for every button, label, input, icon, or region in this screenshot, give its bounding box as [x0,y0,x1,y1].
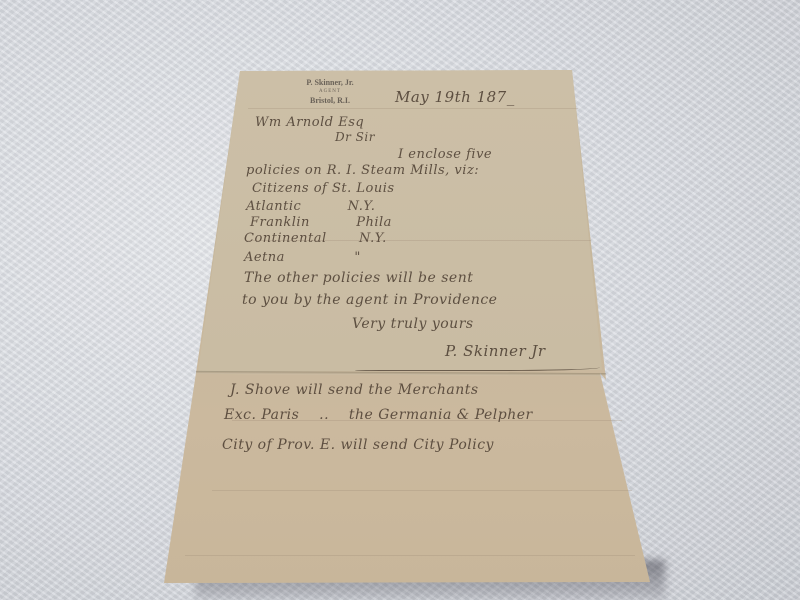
letter-line: I enclose five [398,147,492,162]
letter-date: May 19th 187_ [395,88,515,106]
letter-line: Atlantic N.Y. [246,199,375,214]
postscript-line: City of Prov. E. will send City Policy [222,437,494,453]
ruled-line [212,490,632,491]
salutation: Dr Sir [335,130,375,144]
letterhead-name: P. Skinner, Jr. [275,78,385,87]
letterhead: P. Skinner, Jr. AGENT Bristol, R.I. [275,78,385,105]
ruled-line [185,555,635,556]
ruled-line [248,108,578,109]
letter-line: to you by the agent in Providence [242,292,497,308]
letter-line: Continental N.Y. [244,231,387,246]
letterhead-title: AGENT [275,87,385,96]
letter-line: Citizens of St. Louis [252,181,395,196]
letterhead-location: Bristol, R.I. [275,96,385,105]
letter-line: policies on R. I. Steam Mills, viz: [246,163,479,178]
letter-line: Aetna " [244,250,361,265]
postscript-line: Exc. Paris .. the Germania & Pelpher [224,407,533,423]
salutation-name: Wm Arnold Esq [255,115,364,130]
letter-closing: Very truly yours [352,316,474,332]
postscript-line: J. Shove will send the Merchants [230,382,479,398]
letter-line: Franklin Phila [250,215,392,230]
letter-line: The other policies will be sent [244,270,473,286]
signature-flourish [355,362,600,371]
signature: P. Skinner Jr [445,342,546,360]
